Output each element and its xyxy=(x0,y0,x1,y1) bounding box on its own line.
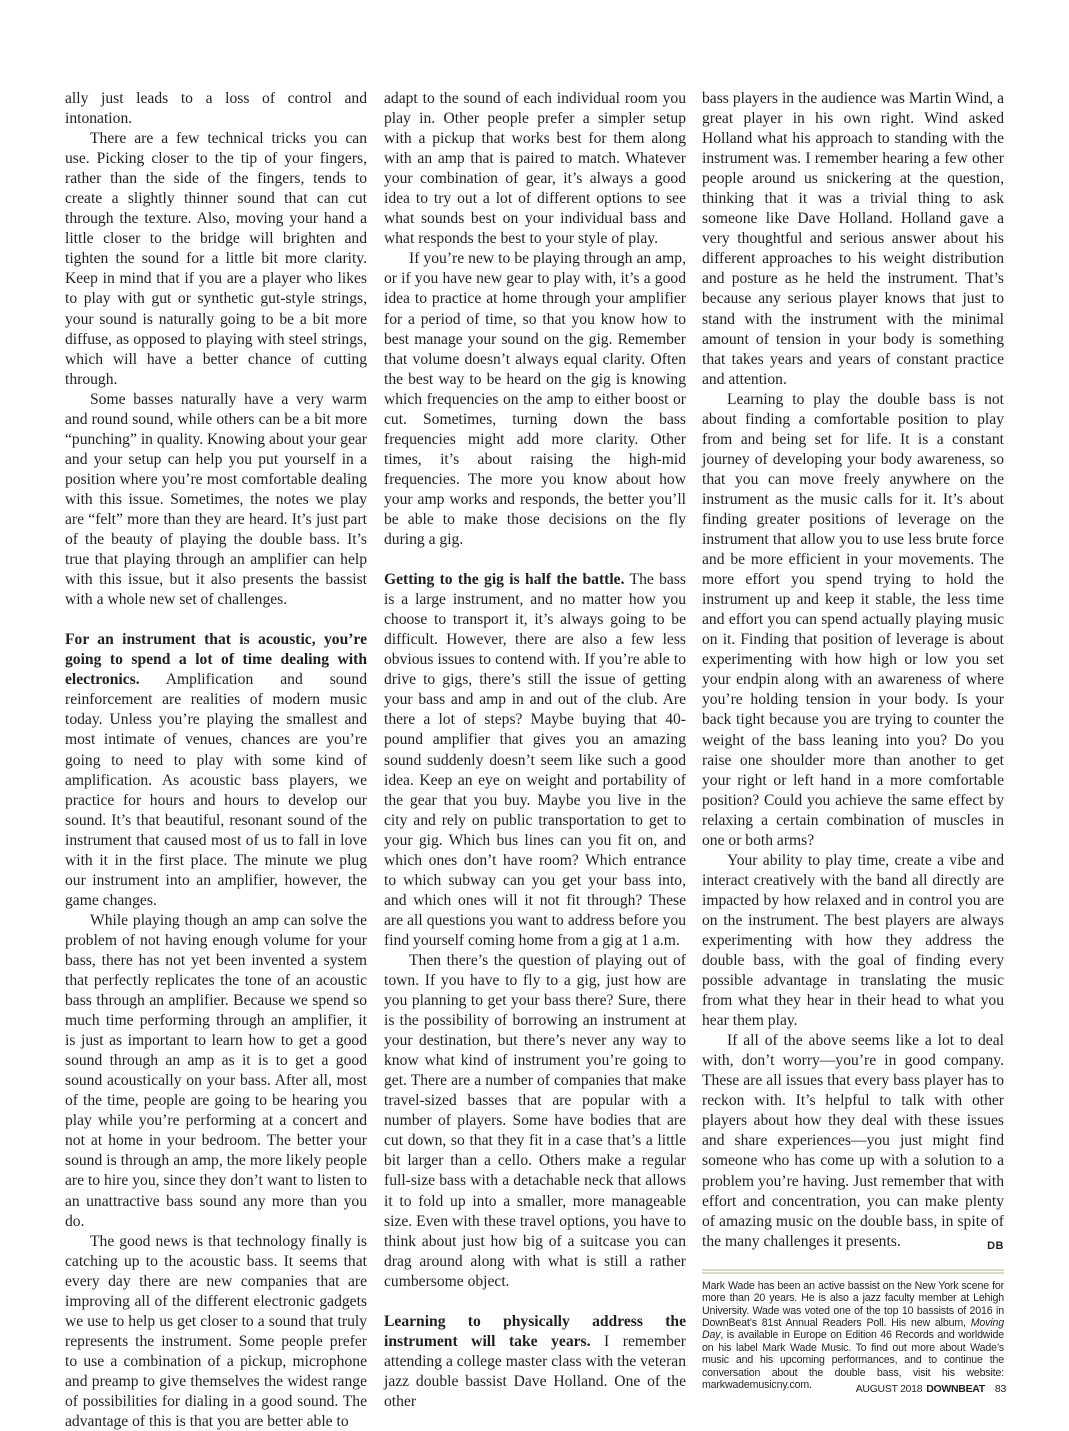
article-column-middle: adapt to the sound of each individual ro… xyxy=(384,89,686,1412)
paragraph: Your ability to play time, create a vibe… xyxy=(702,851,1004,1031)
paragraph: If you’re new to be playing through an a… xyxy=(384,249,686,550)
issue-date: AUGUST 2018 xyxy=(856,1383,923,1395)
paragraph: bass players in the audience was Martin … xyxy=(702,89,1004,390)
article-column-left: ally just leads to a loss of control and… xyxy=(65,89,367,1431)
author-bio: Mark Wade has been an active bassist on … xyxy=(702,1280,1004,1392)
paragraph: Learning to play the double bass is not … xyxy=(702,390,1004,851)
paragraph: There are a few technical tricks you can… xyxy=(65,129,367,390)
divider-rule xyxy=(702,1269,1004,1274)
paragraph: ally just leads to a loss of control and… xyxy=(65,89,367,129)
page-footer: AUGUST 2018DOWNBEAT83 xyxy=(820,1383,1006,1395)
bio-text-continued: , is available in Europe on Edition 46 R… xyxy=(702,1329,1004,1391)
paragraph: Some basses naturally have a very warm a… xyxy=(65,390,367,611)
magazine-name: DOWNBEAT xyxy=(926,1383,985,1395)
page-number: 83 xyxy=(995,1383,1006,1395)
paragraph: Then there’s the question of playing out… xyxy=(384,951,686,1292)
paragraph: adapt to the sound of each individual ro… xyxy=(384,89,686,249)
paragraph: While playing though an amp can solve th… xyxy=(65,911,367,1232)
section-paragraph-electronics: For an instrument that is acoustic, you’… xyxy=(65,630,367,911)
magazine-page: ally just leads to a loss of control and… xyxy=(0,0,1069,1431)
section-body: Amplification and sound reinforcement ar… xyxy=(65,671,367,909)
end-mark: DB xyxy=(962,1236,1004,1256)
section-paragraph-physical: Learning to physically address the instr… xyxy=(384,1312,686,1412)
paragraph: The good news is that technology finally… xyxy=(65,1232,367,1431)
section-paragraph-gig: Getting to the gig is half the battle. T… xyxy=(384,570,686,951)
section-lead-in: Getting to the gig is half the battle. xyxy=(384,571,625,588)
article-column-right: bass players in the audience was Martin … xyxy=(702,89,1004,1391)
bio-text: Mark Wade has been an active bassist on … xyxy=(702,1280,1004,1329)
closing-text: If all of the above seems like a lot to … xyxy=(702,1032,1004,1249)
section-body: The bass is a large instrument, and no m… xyxy=(384,571,686,949)
paragraph: If all of the above seems like a lot to … xyxy=(702,1031,1004,1252)
